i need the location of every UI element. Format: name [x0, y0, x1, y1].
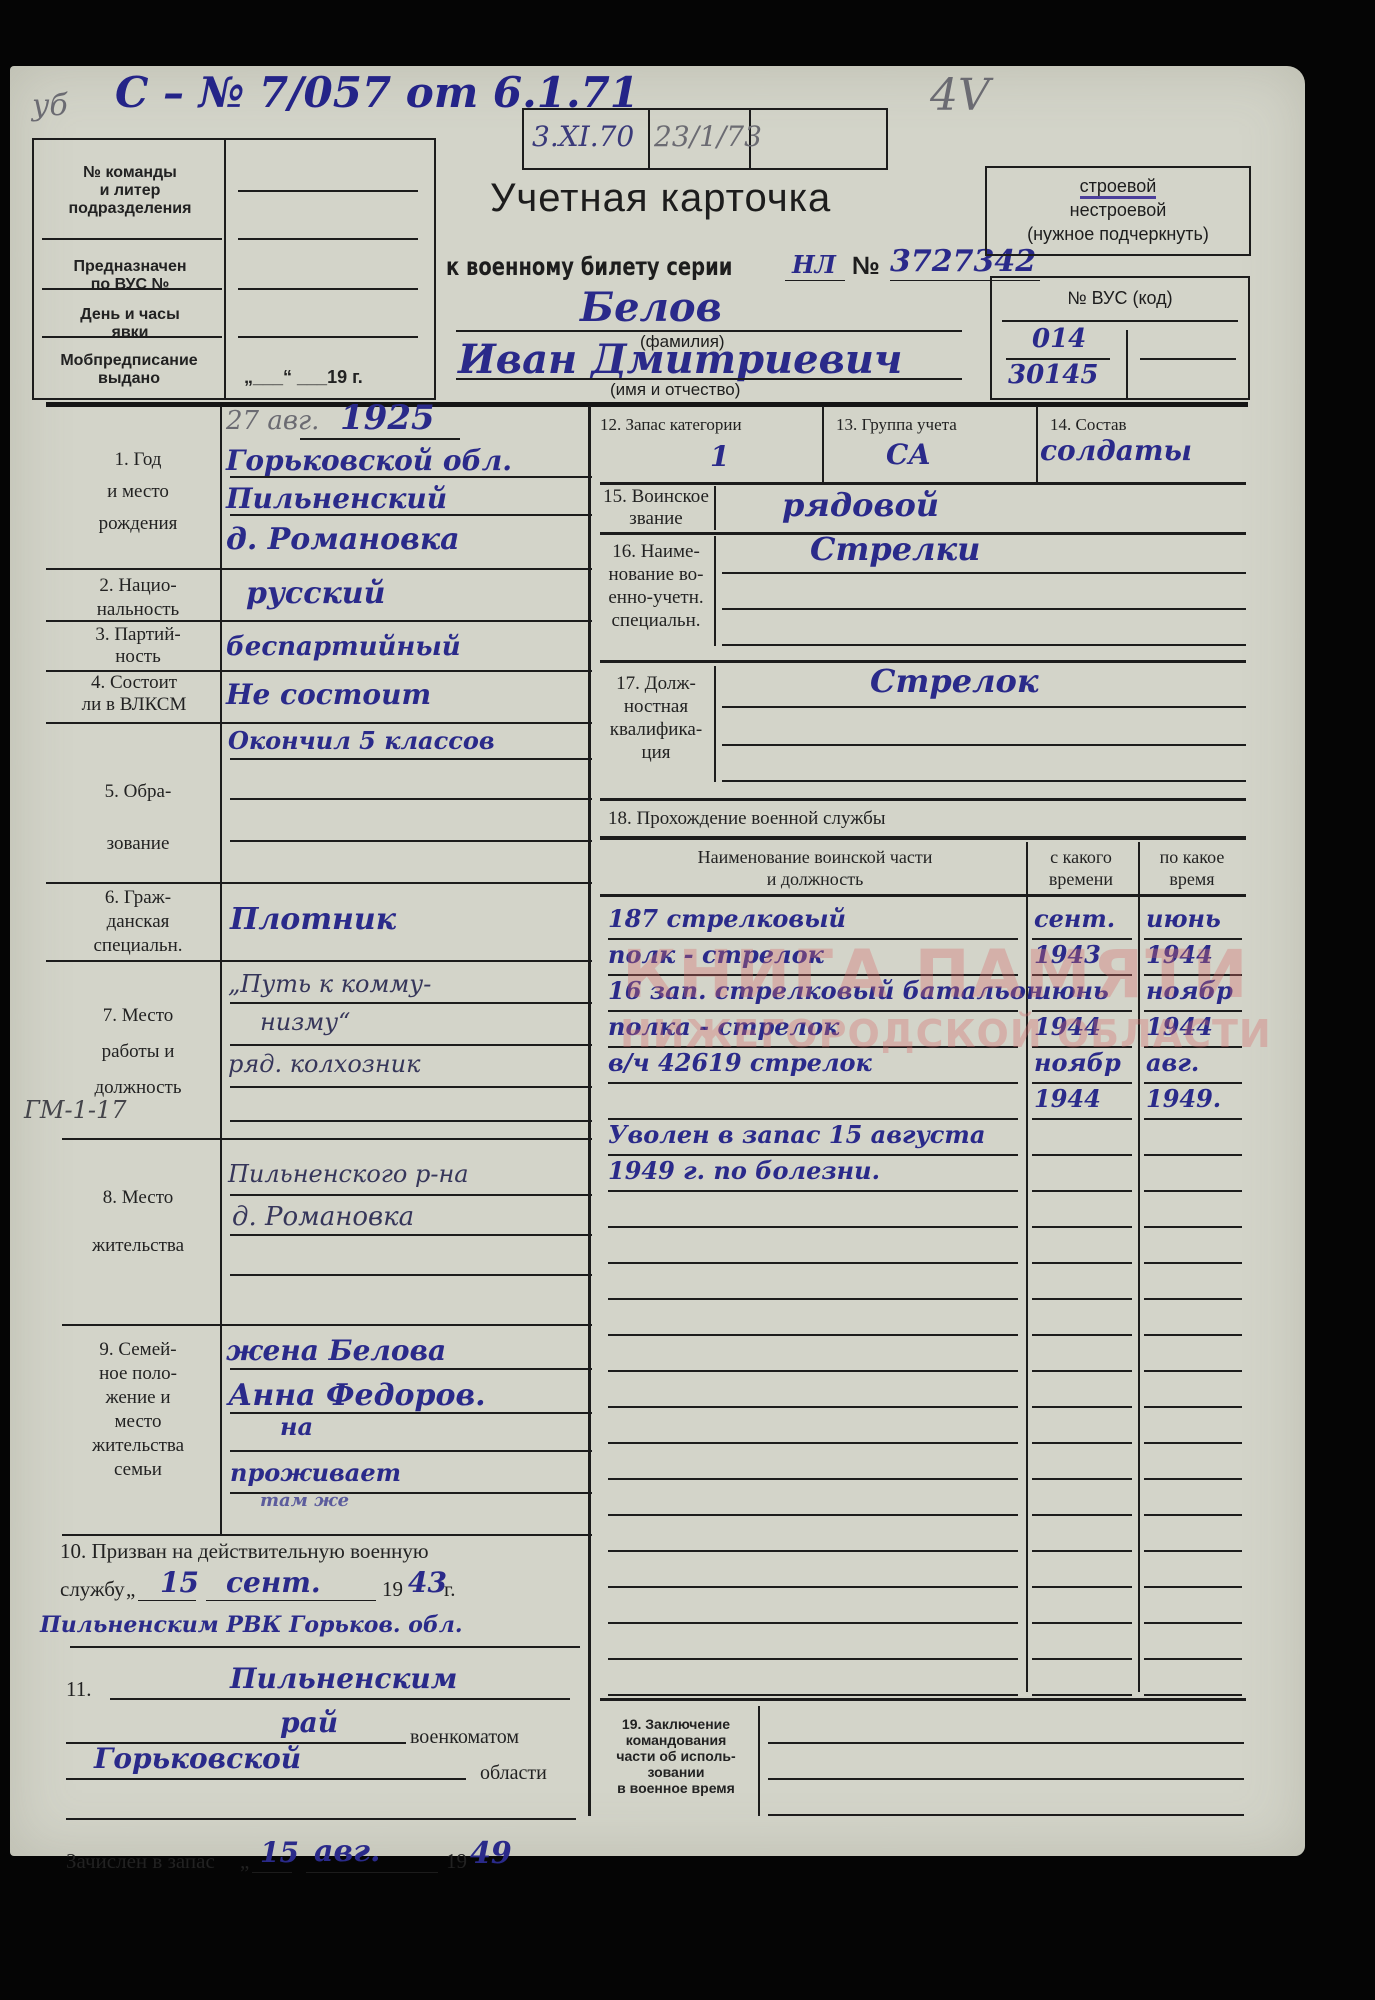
- residence-line-2: д. Романовка: [232, 1202, 414, 1232]
- service-unit: Уволен в запас 15 августа: [608, 1120, 985, 1149]
- command-box: № команды и литер подразделения Предназн…: [32, 138, 436, 400]
- command-number-label: № команды и литер подразделения: [38, 164, 222, 218]
- field-1-label: 1. Год и место рождения: [60, 444, 216, 540]
- service-title: 18. Прохождение военной службы: [608, 808, 886, 830]
- field-16-label: 16. Наиме- нование во- енно-учетн. специ…: [600, 540, 712, 632]
- callup-year-prefix: 19: [382, 1578, 403, 1600]
- service-col-to: по какое время: [1138, 846, 1246, 890]
- birth-year: 1925: [340, 398, 435, 438]
- field-9-label: 9. Семей- ное поло- жение и место житель…: [60, 1338, 216, 1482]
- field-3-label: 3. Партий- ность: [60, 624, 216, 668]
- service-from: ноябр: [1034, 1048, 1121, 1077]
- callup-year-end: г.: [444, 1578, 456, 1600]
- callup-day: 15: [160, 1566, 199, 1599]
- account-group-value: СА: [886, 438, 931, 471]
- duty-instruction: (нужное подчеркнуть): [987, 224, 1249, 245]
- service-to: авг.: [1146, 1048, 1199, 1077]
- family-line-5: там же: [260, 1490, 349, 1511]
- reserve-day: 15: [260, 1836, 299, 1869]
- surname-value: Белов: [580, 284, 722, 331]
- field-8-label: 8. Место жительства: [60, 1174, 216, 1270]
- ticket-series-label: к военному билету серии: [446, 252, 732, 281]
- field-17-label: 17. Долж- ностная квалифика- ция: [600, 672, 712, 764]
- callup-label-2: службу: [60, 1578, 125, 1600]
- reserve-label: Зачислен в запас: [66, 1850, 215, 1872]
- vus-code-box: № ВУС (код) 014 30145: [990, 276, 1250, 400]
- reserve-year-prefix: 19: [446, 1850, 467, 1872]
- commissariat-label: военкоматом: [410, 1726, 519, 1748]
- margin-note: ГМ-1-17: [24, 1096, 127, 1124]
- vus-code-top: 014: [1032, 324, 1086, 354]
- reserve-year: 49: [470, 1836, 512, 1871]
- service-unit: 1949 г. по болезни.: [608, 1156, 880, 1185]
- commissariat-number: 11.: [66, 1678, 91, 1700]
- commissariat-region: Горьковской: [94, 1742, 301, 1775]
- commissariat-line-1: Пильненским: [230, 1662, 457, 1695]
- service-to: 1944: [1146, 940, 1213, 969]
- family-line-1: жена Белова: [226, 1334, 446, 1367]
- military-specialty-value: Стрелки: [810, 530, 980, 568]
- field-4-label: 4. Состоит ли в ВЛКСМ: [46, 672, 222, 716]
- field-13-label: 13. Группа учета: [836, 414, 957, 436]
- mob-order-date: „___“ ___19 г.: [244, 368, 424, 386]
- region-label: области: [480, 1762, 547, 1784]
- vus-code-title: № ВУС (код): [992, 288, 1248, 309]
- workplace-line-2: низму“: [260, 1008, 350, 1036]
- duty-option-noncombat[interactable]: нестроевой: [987, 200, 1249, 221]
- callup-year: 43: [408, 1566, 447, 1599]
- callup-month: сент.: [226, 1566, 321, 1599]
- composition-value: солдаты: [1040, 434, 1192, 467]
- mob-order-label: Мобпредписание выдано: [34, 352, 224, 388]
- service-unit: полк - стрелок: [608, 940, 824, 969]
- birth-region: Горьковской обл.: [226, 444, 512, 477]
- service-from: 1944: [1034, 1012, 1101, 1041]
- registration-card: уб С – № 7/057 от 6.1.71 4V 3.XI.70 23/1…: [10, 66, 1305, 1856]
- duty-option-combat[interactable]: строевой: [1080, 176, 1157, 199]
- field-14-label: 14. Состав: [1050, 414, 1127, 436]
- corner-mark: уб: [32, 88, 68, 123]
- duty-type-box: строевой нестроевой (нужное подчеркнуть): [985, 166, 1251, 256]
- workplace-line-1: „Путь к комму-: [228, 970, 431, 998]
- komsomol-value: Не состоит: [226, 678, 431, 711]
- service-to: ноябр: [1146, 976, 1233, 1005]
- birth-day-month: 27 авг.: [226, 406, 319, 436]
- name-caption: (имя и отчество): [610, 380, 740, 400]
- birth-district: Пильненский: [226, 482, 447, 515]
- family-line-4: проживает: [230, 1458, 401, 1487]
- reserve-category-value: 1: [710, 440, 729, 473]
- military-rank-value: рядовой: [782, 486, 939, 524]
- residence-line-1: Пильненского р-на: [228, 1160, 469, 1188]
- service-from: сент.: [1034, 904, 1115, 933]
- party-value: беспартийный: [226, 632, 461, 662]
- commissariat-line-2: рай: [280, 1706, 338, 1739]
- workplace-line-3: ряд. колхозник: [228, 1050, 420, 1078]
- field-5-label: 5. Обра- зование: [60, 766, 216, 870]
- reserve-month: авг.: [314, 1834, 380, 1869]
- document-title: Учетная карточка: [490, 176, 831, 221]
- date-stamp-2: 23/1/73: [654, 120, 762, 153]
- service-unit: в/ч 42619 стрелок: [608, 1048, 872, 1077]
- service-unit: 187 стрелковый: [608, 904, 846, 933]
- ticket-series-value: НЛ: [792, 250, 836, 279]
- nationality-value: русский: [246, 576, 385, 611]
- field-15-label: 15. Воинское звание: [600, 486, 712, 530]
- name-patronymic-value: Иван Дмитриевич: [458, 336, 903, 383]
- service-to: 1949.: [1146, 1084, 1221, 1113]
- field-12-label: 12. Запас категории: [600, 414, 742, 436]
- service-to: июнь: [1146, 904, 1221, 933]
- field-6-label: 6. Граж- данская специальн.: [60, 886, 216, 958]
- field-7-label: 7. Место работы и должность: [60, 998, 216, 1106]
- service-col-unit: Наименование воинской части и должность: [606, 846, 1024, 890]
- callup-label: 10. Призван на действительную военную: [60, 1540, 429, 1562]
- field-2-label: 2. Нацио- нальность: [60, 574, 216, 622]
- service-from: 1944: [1034, 1084, 1101, 1113]
- ticket-number-prefix: №: [852, 252, 880, 281]
- civil-specialty-value: Плотник: [230, 902, 396, 937]
- family-line-2: Анна Федоров.: [228, 1378, 486, 1413]
- birth-village: д. Романовка: [226, 522, 460, 557]
- education-value: Окончил 5 классов: [228, 726, 495, 755]
- service-unit: 16 зап. стрелковый батальон: [608, 976, 1043, 1005]
- family-line-3: на: [280, 1412, 313, 1441]
- service-to: 1944: [1146, 1012, 1213, 1041]
- date-stamp-1: 3.XI.70: [532, 120, 634, 153]
- service-unit: полка - стрелок: [608, 1012, 839, 1041]
- date-stamp-box: 3.XI.70 23/1/73: [522, 108, 888, 170]
- top-right-mark: 4V: [930, 70, 990, 121]
- position-qualification-value: Стрелок: [870, 662, 1038, 700]
- vus-code-bottom: 30145: [1008, 360, 1098, 390]
- service-col-from: с какого времени: [1026, 846, 1136, 890]
- callup-office: Пильненским РВК Горьков. обл.: [40, 1612, 463, 1638]
- service-from: 1943: [1034, 940, 1101, 969]
- service-from: июнь: [1034, 976, 1109, 1005]
- field-19-label: 19. Заключение командования части об исп…: [600, 1716, 752, 1796]
